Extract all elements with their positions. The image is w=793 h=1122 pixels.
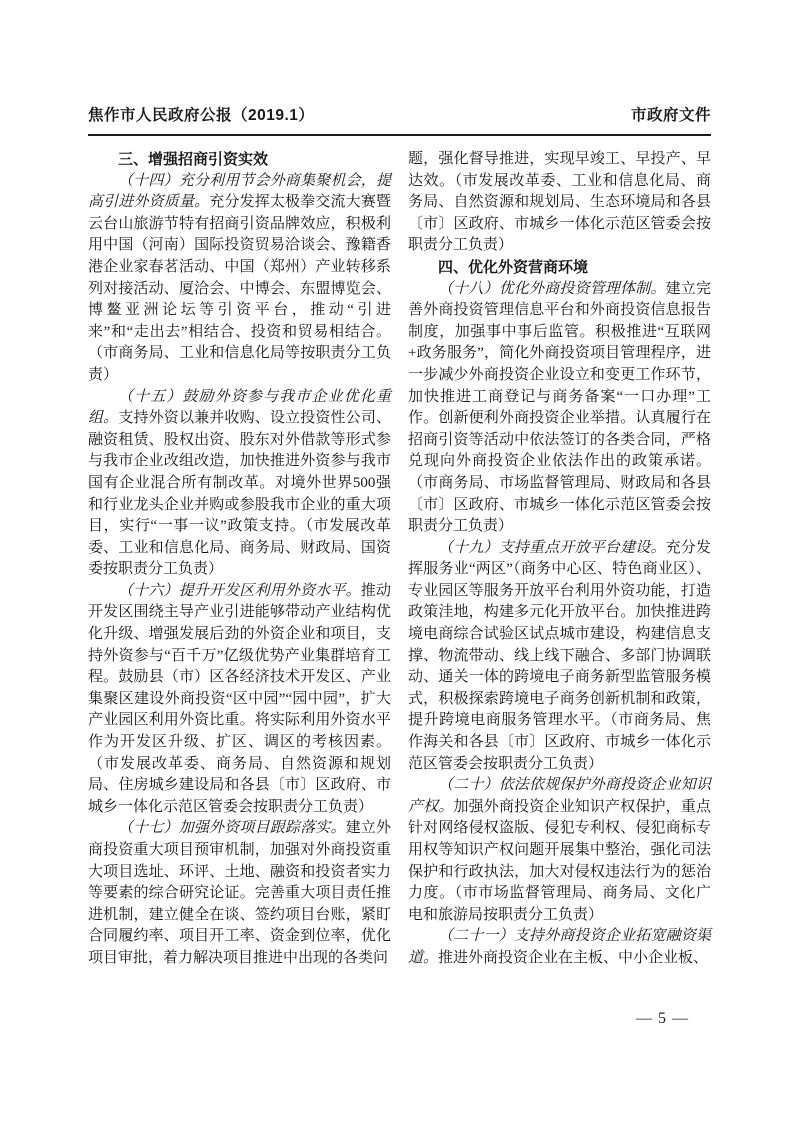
paragraph-17: （十七）加强外资项目跟踪落实。建立外商投资重大项目预审机制，加强对外商投资重大项… <box>88 818 391 969</box>
paragraph-19-body: 充分发挥服务业“两区”（商务中心区、特色商业区）、专业园区等服务开放平台利用外资… <box>408 540 711 772</box>
paragraph-19-lead: （十九）支持重点开放平台建设。 <box>438 540 666 556</box>
paragraph-17-lead: （十七）加强外资项目跟踪落实。 <box>118 820 346 836</box>
paragraph-18-body: 建立完善外商投资管理信息平台和外商投资信息报告制度，加强事中事后监管。积极推进“… <box>408 281 711 535</box>
paragraph-18: （十八）优化外商投资管理体制。建立完善外商投资管理信息平台和外商投资信息报告制度… <box>408 279 711 538</box>
left-column: 三、增强招商引资实效 （十四）充分利用节会外商集聚机会，提高引进外资质量。充分发… <box>88 149 391 970</box>
paragraph-20-body: 加强外商投资企业知识产权保护，重点针对网络侵权盗版、侵犯专利权、侵犯商标专用权等… <box>408 799 711 923</box>
paragraph-16: （十六）提升开发区利用外资水平。推动开发区围绕主导产业引进能够带动产业结构优化升… <box>88 581 391 819</box>
paragraph-14: （十四）充分利用节会外商集聚机会，提高引进外资质量。充分发挥太极拳交流大赛暨云台… <box>88 171 391 387</box>
paragraph-19: （十九）支持重点开放平台建设。充分发挥服务业“两区”（商务中心区、特色商业区）、… <box>408 538 711 776</box>
paragraph-16-body: 推动开发区围绕主导产业引进能够带动产业结构优化升级、增强发展后劲的外资企业和项目… <box>88 583 391 815</box>
page-header: 焦作市人民政府公报（2019.1） 市政府文件 <box>88 103 711 136</box>
paragraph-18-lead: （十八）优化外商投资管理体制。 <box>438 281 666 297</box>
page-number: — 5 — <box>636 1010 689 1028</box>
paragraph-14-body: 充分发挥太极拳交流大赛暨云台山旅游节特有招商引资品牌效应，积极利用中国（河南）国… <box>88 194 391 383</box>
document-page: 焦作市人民政府公报（2019.1） 市政府文件 三、增强招商引资实效 （十四）充… <box>0 0 793 1122</box>
section-heading-4: 四、优化外资营商环境 <box>408 257 711 279</box>
right-column: 题，强化督导推进，实现早竣工、早投产、早达效。（市发展改革委、工业和信息化局、商… <box>408 149 711 970</box>
paragraph-15: （十五）鼓励外资参与我市企业优化重组。支持外资以兼并收购、设立投资性公司、融资租… <box>88 387 391 581</box>
paragraph-20: （二十）依法依规保护外商投资企业知识产权。加强外商投资企业知识产权保护，重点针对… <box>408 775 711 926</box>
header-doc-type: 市政府文件 <box>631 103 711 125</box>
paragraph-21-body: 推进外商投资企业在主板、中小企业板、 <box>438 950 708 966</box>
text-columns: 三、增强招商引资实效 （十四）充分利用节会外商集聚机会，提高引进外资质量。充分发… <box>88 149 711 970</box>
header-journal-title: 焦作市人民政府公报（2019.1） <box>88 103 314 125</box>
section-heading-3: 三、增强招商引资实效 <box>88 149 391 171</box>
continuation-paragraph: 题，强化督导推进，实现早竣工、早投产、早达效。（市发展改革委、工业和信息化局、商… <box>408 149 711 257</box>
paragraph-15-body: 支持外资以兼并收购、设立投资性公司、融资租赁、股权出资、股东对外借款等形式参与我… <box>88 410 391 577</box>
paragraph-16-lead: （十六）提升开发区利用外资水平。 <box>118 583 361 599</box>
paragraph-21: （二十一）支持外商投资企业拓宽融资渠道。推进外商投资企业在主板、中小企业板、 <box>408 926 711 969</box>
paragraph-17-body: 建立外商投资重大项目预审机制，加强对外商投资重大项目选址、环评、土地、融资和投资… <box>88 820 391 966</box>
